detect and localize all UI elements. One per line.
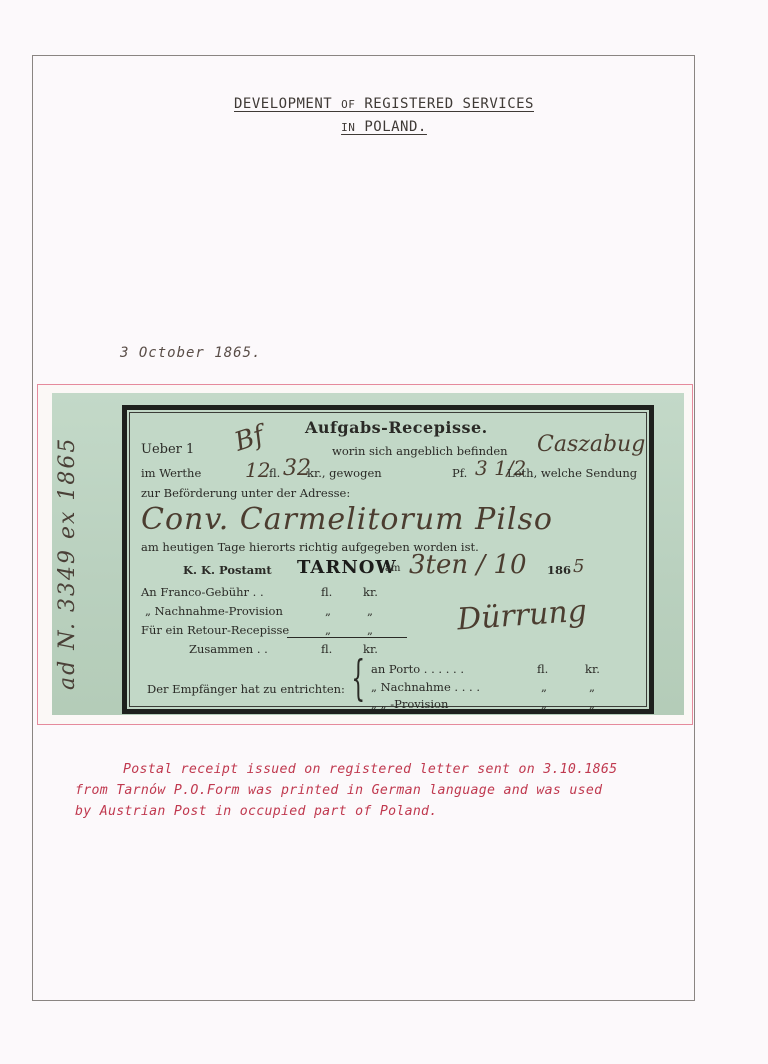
kr-gewogen-label: kr., gewogen	[307, 466, 382, 480]
recipient-provision-kr: „	[589, 697, 595, 711]
recipient-provision-fl: „	[541, 697, 547, 711]
fee-zusammen-label: Zusammen . .	[189, 642, 268, 656]
description-line-1: Postal receipt issued on registered lett…	[75, 759, 695, 780]
fee-retour-label: Für ein Retour-Recepisse	[141, 623, 289, 637]
recipient-nachnahme-fl: „	[541, 680, 547, 694]
am-label: am	[385, 563, 400, 574]
recipient-porto-fl: fl.	[537, 662, 548, 676]
postamt-label: K. K. Postamt	[183, 563, 272, 577]
description-line-2: from Tarnów P.O.Form was printed in Germ…	[75, 780, 695, 801]
postal-receipt: Aufgabs-Recepisse. Ueber 1 Bf worin sich…	[122, 405, 654, 714]
fee-franco-label: An Franco-Gebühr . .	[141, 585, 264, 599]
handwritten-address: Conv. Carmelitorum Pilso	[141, 502, 553, 537]
year-handwritten: 5	[573, 556, 584, 577]
recipient-label: Der Empfänger hat zu entrichten:	[147, 682, 345, 696]
fee-retour-fl: „	[325, 623, 331, 637]
recipient-porto-label: an Porto . . . . . .	[371, 662, 464, 676]
side-annotation: ad N. 3349 ex 1865	[55, 437, 80, 690]
recipient-nachnahme-label: „ Nachnahme . . . .	[371, 680, 480, 694]
tarnow-postmark: TARNOW	[297, 557, 397, 578]
fl-unit: fl.	[269, 466, 280, 480]
fee-nachnahme-kr: „	[367, 604, 373, 618]
loth-label: Loth, welche Sendung	[507, 466, 637, 480]
werthe-label: im Werthe	[141, 466, 201, 480]
year-printed: 186	[547, 563, 571, 577]
brace: {	[351, 654, 365, 702]
handwritten-value-fl: 12	[245, 458, 270, 482]
date-caption: 3 October 1865.	[120, 345, 261, 361]
fee-franco-kr: kr.	[363, 585, 378, 599]
sum-rule	[287, 637, 407, 638]
fee-nachnahme-fl: „	[325, 604, 331, 618]
description-line-3: by Austrian Post in occupied part of Pol…	[75, 801, 695, 822]
fee-franco-fl: fl.	[321, 585, 332, 599]
page-title-line1: DEVELOPMENT OF REGISTERED SERVICES	[0, 93, 768, 116]
fee-zusammen-fl: fl.	[321, 642, 332, 656]
page-title-line2: IN POLAND.	[0, 116, 768, 139]
handwritten-date: 3ten / 10	[409, 550, 527, 580]
fee-zusammen-kr: kr.	[363, 642, 378, 656]
description-text: Postal receipt issued on registered lett…	[75, 759, 695, 822]
handwritten-contents: Caszabug	[537, 432, 645, 457]
handwritten-item: Bf	[231, 420, 268, 457]
address-label: zur Beförderung unter der Adresse:	[141, 486, 350, 500]
pf-label: Pf.	[452, 466, 467, 480]
recipient-nachnahme-kr: „	[589, 680, 595, 694]
receipt-title: Aufgabs-Recepisse.	[305, 418, 488, 437]
page-title: DEVELOPMENT OF REGISTERED SERVICES IN PO…	[0, 93, 768, 139]
ueber-label: Ueber 1	[141, 442, 194, 457]
recipient-provision-label: „ „ -Provision	[371, 697, 448, 711]
postmaster-signature: Dürrung	[456, 594, 588, 638]
fee-nachnahme-label: „ Nachnahme-Provision	[145, 604, 283, 618]
recipient-porto-kr: kr.	[585, 662, 600, 676]
fee-retour-kr: „	[367, 623, 373, 637]
